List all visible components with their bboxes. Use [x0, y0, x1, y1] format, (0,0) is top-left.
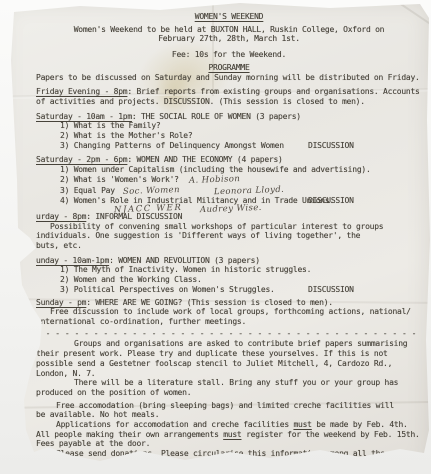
- session-text: buts, etc.: [36, 241, 422, 251]
- must-underlined: must: [293, 420, 311, 429]
- paragraph-line: Fees payable at the door.: [36, 439, 422, 449]
- paragraph-line: Please send donations. Please circularis…: [36, 449, 422, 459]
- document-title: WOMEN'S WEEKEND: [195, 12, 264, 21]
- fee-line: Fee: 10s for the Weekend.: [36, 50, 422, 60]
- session-text: Free discussion to include work of local…: [36, 307, 422, 317]
- scan-background: WOMEN'S WEEKEND Women's Weekend to be he…: [0, 0, 431, 474]
- session-text: international co-ordination, further mee…: [36, 317, 422, 327]
- session-heading-sat-evening: urday - 8pm: INFORMAL DISCUSSION: [36, 212, 422, 222]
- session-item: 1) What is the Family?: [36, 121, 422, 131]
- paragraph-line: be available. No hot meals.: [36, 410, 422, 420]
- venue-line: Women's Weekend to be held at BUXTON HAL…: [36, 25, 422, 35]
- paragraph-line: produced on the position of women.: [36, 388, 422, 398]
- session-heading-sat-afternoon: Saturday - 2pm - 6pm: WOMEN AND THE ECON…: [36, 155, 422, 165]
- session-item: 2) Women and the Working Class.: [36, 275, 422, 285]
- paragraph-line: women you know.: [36, 459, 422, 469]
- papers-note: Papers to be discussed on Saturday and S…: [36, 73, 422, 83]
- session-item: 3) Changing Patterns of Delinquency Amon…: [36, 141, 422, 151]
- session-text: of activities and projects. DISCUSSION. …: [36, 97, 422, 107]
- session-item: 1) Women under Capitalism (including the…: [36, 165, 422, 175]
- paragraph-line: possible send a Gestetner foolscap stenc…: [36, 359, 422, 369]
- paragraph-line: All people making their own arrangements…: [36, 430, 422, 440]
- session-heading-sun-afternoon: Sunday - pm: WHERE ARE WE GOING? (This s…: [36, 298, 422, 308]
- session-text: individuals. One suggestion is 'Differen…: [36, 231, 422, 241]
- session-heading-sat-morning: Saturday - 10am - 1pm: THE SOCIAL ROLE O…: [36, 112, 422, 122]
- discussion-label: DISCUSSION: [308, 141, 354, 151]
- session-heading-sun-morning: unday - 10am-1pm: WOMEN AND REVOLUTION (…: [36, 256, 422, 266]
- dashed-separator: - - - - - - - - - - - - - - - - - - - - …: [36, 329, 422, 339]
- session-item: 3) Political Perspectives on Women's Str…: [36, 285, 422, 295]
- torn-edge-shadow: [0, 205, 26, 415]
- paragraph-line: Groups and organisations are asked to co…: [36, 339, 422, 349]
- paragraph-line: Free accomodation (bring sleeping bags) …: [36, 401, 422, 411]
- paragraph-line: Applications for accomodation and creche…: [36, 420, 422, 430]
- session-item: 2) What is 'Women's Work'?A. Hobison: [36, 175, 422, 186]
- must-underlined: must: [223, 430, 241, 439]
- session-item: 1) The Myth of Inactivity. Women in hist…: [36, 265, 422, 275]
- session-item: 2) What is the Mother's Role?: [36, 131, 422, 141]
- paper-sheet: WOMEN'S WEEKEND Women's Weekend to be he…: [0, 0, 431, 474]
- discussion-label: DISCUSSION: [308, 285, 354, 295]
- pencil-marks: - -: [393, 452, 407, 461]
- document-content: WOMEN'S WEEKEND Women's Weekend to be he…: [36, 12, 422, 469]
- session-heading-friday: Friday Evening - 8pm: Brief reports from…: [36, 87, 422, 97]
- discussion-label: DISCUSSION: [308, 196, 354, 206]
- paragraph-line: There will be a literature stall. Bring …: [36, 378, 422, 388]
- paragraph-line: their present work. Please try and dupli…: [36, 349, 422, 359]
- paragraph-line: London, N. 7.: [36, 369, 422, 379]
- session-item: 3) Equal PaySoc. WomenLeonora Lloyd.: [36, 186, 422, 197]
- session-text: Possibility of convening small workshops…: [36, 222, 422, 232]
- venue-line: February 27th, 28th, March 1st.: [36, 34, 422, 44]
- programme-heading: PROGRAMME: [208, 63, 249, 72]
